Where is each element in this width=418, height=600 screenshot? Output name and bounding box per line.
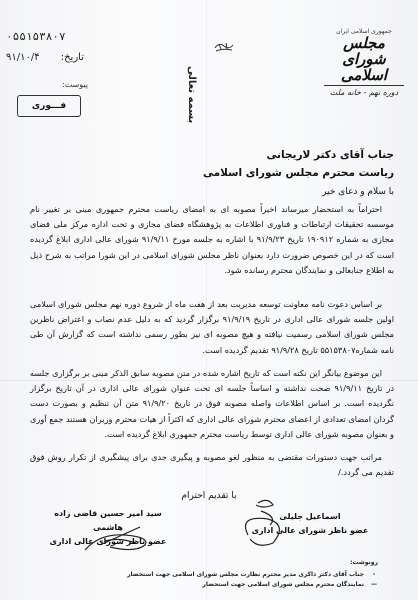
signer-name: سید امیر حسین قاضی زاده هاشمی	[48, 507, 168, 535]
letter-number: ۰۵۵۱۵۳۸۰۷	[6, 30, 66, 43]
signer-name: اسماعیل جلیلی	[250, 510, 370, 524]
paragraph-text: این موضوع بیانگر این نکته است که تاریخ ا…	[30, 368, 394, 439]
body-paragraph-1: احتراماً به استحضار میرساند اخیراً مصوبه…	[30, 202, 394, 278]
greeting: با سلام و دعای خیر	[322, 187, 394, 197]
paragraph-text: بر اساس دعوت نامه معاونت توسعه مدیریت بع…	[30, 299, 394, 355]
signer-title: عضو ناظر شورای عالی اداری	[48, 535, 168, 549]
scanned-letter: ۰۵۵۱۵۳۸۰۷ تاریخ: ۹۱/۱۰/۴ پیوست: فـــوری …	[0, 0, 418, 600]
date-label: تاریخ:	[61, 52, 84, 63]
cc-block: رونوشت: - جناب آقای دکتر ذاکری مدیر محتر…	[127, 558, 378, 590]
signer-ghazizadeh: سید امیر حسین قاضی زاده هاشمی عضو ناظر ش…	[48, 507, 168, 549]
body-paragraph-4: مراتب جهت دستورات مقتضی به منظور لغو مصو…	[30, 450, 394, 480]
paragraph-text: مراتب جهت دستورات مقتضی به منظور لغو مصو…	[30, 452, 394, 477]
letterhead-subtitle: دوره نهم - خانه ملت	[324, 88, 404, 97]
cc-bullet: —	[370, 580, 378, 590]
body-paragraph-2: بر اساس دعوت نامه معاونت توسعه مدیریت بع…	[30, 297, 394, 358]
cc-title: رونوشت:	[127, 558, 378, 568]
cc-item-text: جناب آقای دکتر ذاکری مدیر محترم نظارت مج…	[127, 570, 364, 580]
addressee-name: جناب آقای دکتر لاریجانی	[203, 146, 394, 164]
cc-item-text: نمایندگان محترم مجلس شورای اسلامی جهت اس…	[202, 580, 364, 590]
emblem-icon	[213, 40, 235, 56]
closing-salutation: با تقدیم احترام	[0, 491, 418, 501]
letterhead: جمهوری اسلامی ایران مجلس شورای اسلامی دو…	[324, 28, 404, 97]
cc-item: — نمایندگان محترم مجلس شورای اسلامی جهت …	[127, 580, 378, 590]
attachment-label: پیوست:	[62, 80, 88, 89]
cc-bullet: -	[370, 570, 378, 580]
letterhead-title: مجلس شورای اسلامی	[324, 35, 404, 86]
addressee-title: ریاست محترم مجلس شورای اسلامی	[203, 164, 394, 182]
body-paragraph-3: این موضوع بیانگر این نکته است که تاریخ ا…	[30, 366, 394, 442]
urgent-stamp: فـــوری	[17, 95, 81, 117]
cc-item: - جناب آقای دکتر ذاکری مدیر محترم نظارت …	[127, 570, 378, 580]
bismillah-heading: بسمه تعالی	[186, 66, 197, 123]
signer-title: عضو ناظر شورای عالی اداری	[250, 524, 370, 538]
letter-date-row: تاریخ: ۹۱/۱۰/۴	[6, 52, 84, 63]
paragraph-text: احتراماً به استحضار میرساند اخیراً مصوبه…	[30, 204, 394, 275]
signer-jalili: اسماعیل جلیلی عضو ناظر شورای عالی اداری	[250, 510, 370, 538]
date-value: ۹۱/۱۰/۴	[6, 52, 40, 63]
addressee-block: جناب آقای دکتر لاریجانی ریاست محترم مجلس…	[203, 146, 394, 182]
